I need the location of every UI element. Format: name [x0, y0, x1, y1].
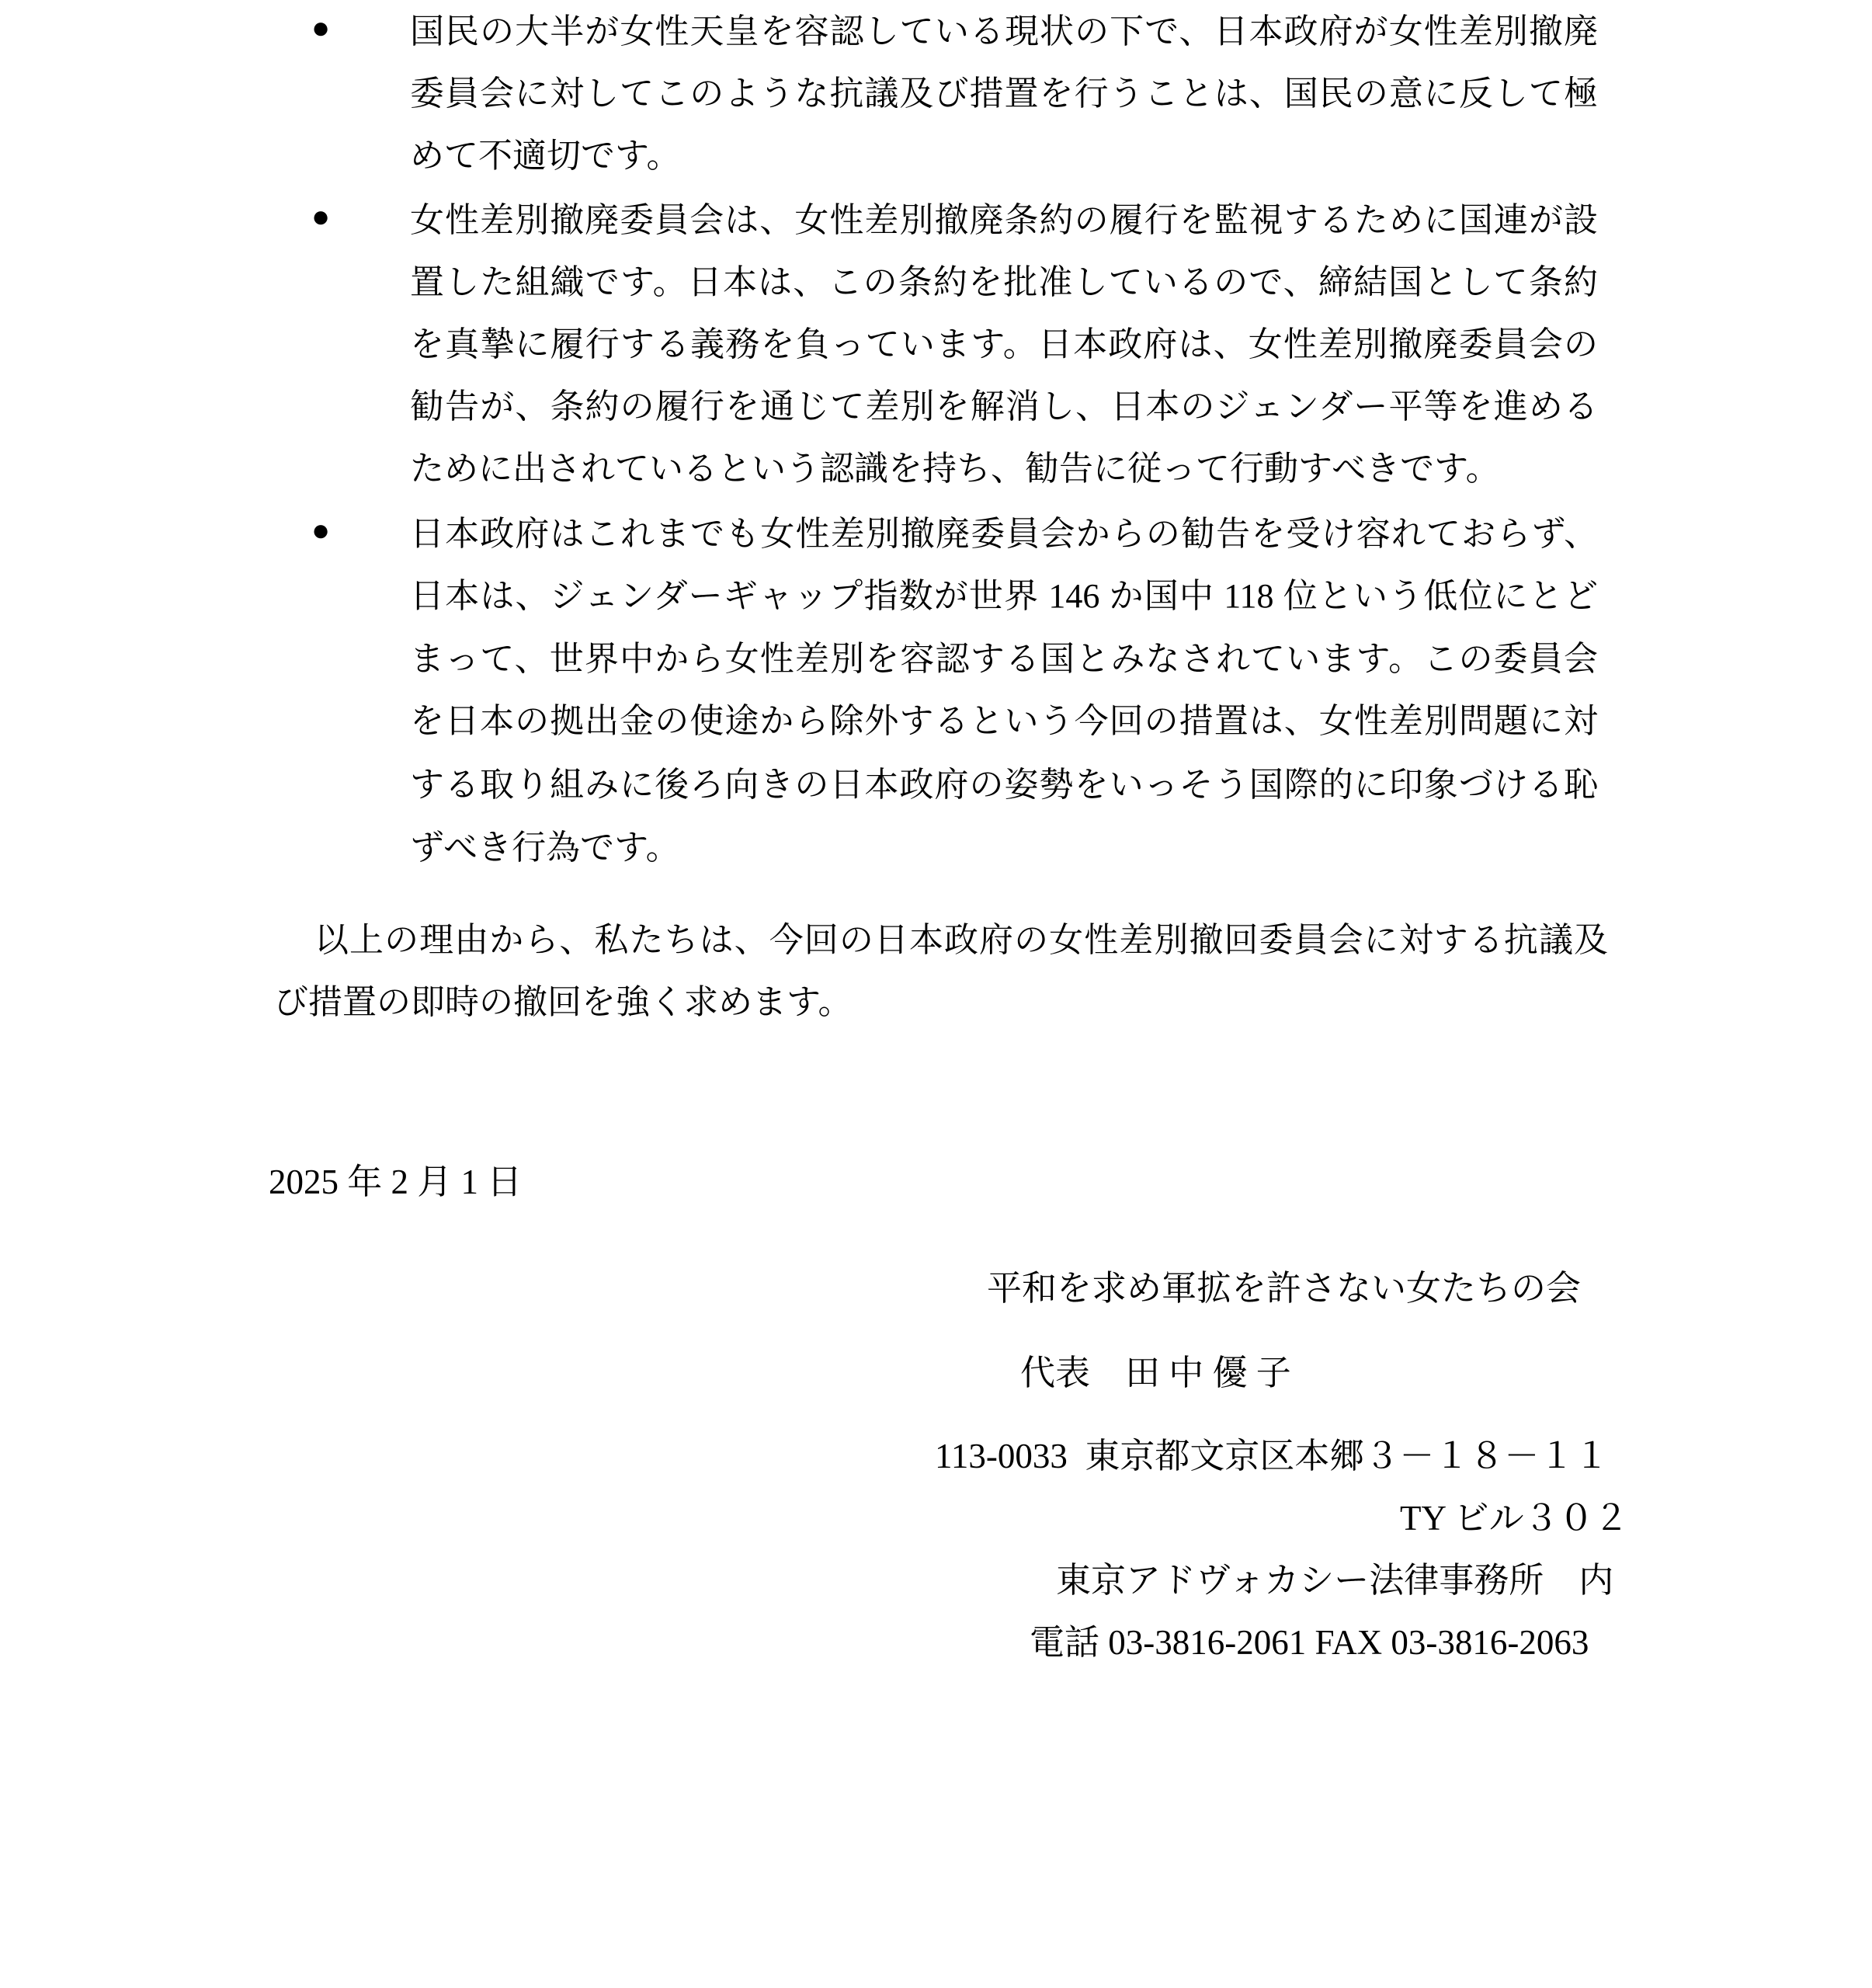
bullet-3-line-1: 日本政府はこれまでも女性差別撤廃委員会からの勧告を受け容れておらず、	[410, 514, 1598, 554]
address-line-1: 113-0033 東京都文京区本郷３－１８－１１	[935, 1436, 1609, 1477]
bullet-1-line-1: 国民の大半が女性天皇を容認している現状の下で、日本政府が女性差別撤廃	[410, 12, 1598, 52]
closing-paragraph-line-1: 以上の理由から、私たちは、今回の日本政府の女性差別撤回委員会に対する抗議及	[274, 920, 1608, 961]
bullet-3-line-4: を日本の拠出金の使途から除外するという今回の措置は、女性差別問題に対	[410, 701, 1598, 742]
bullet-1-line-3: めて不適切です。	[410, 136, 1598, 176]
bullet-3-line-6: ずべき行為です。	[410, 828, 1598, 868]
bullet-2-line-1: 女性差別撤廃委員会は、女性差別撤廃条約の履行を監視するために国連が設	[410, 200, 1598, 241]
bullet-2-line-5: ために出されているという認識を持ち、勧告に従って行動すべきです。	[410, 449, 1598, 489]
bullet-icon: ●	[311, 11, 330, 45]
representative-name: 代表 田 中 優 子	[1020, 1353, 1291, 1394]
bullet-icon: ●	[311, 513, 330, 547]
bullet-3-line-3: まって、世界中から女性差別を容認する国とみなされています。この委員会	[410, 639, 1598, 679]
phone-fax: 電話 03-3816-2061 FAX 03-3816-2063	[1030, 1622, 1589, 1663]
address-line-3: 東京アドヴォカシー法律事務所 内	[1056, 1560, 1613, 1601]
bullet-2-line-2: 置した組織です。日本は、この条約を批准しているので、締結国として条約	[410, 262, 1598, 303]
bullet-1-line-2: 委員会に対してこのような抗議及び措置を行うことは、国民の意に反して極	[410, 74, 1598, 114]
bullet-icon: ●	[311, 200, 330, 234]
bullet-2-line-3: を真摯に履行する義務を負っています。日本政府は、女性差別撤廃委員会の	[410, 325, 1598, 365]
bullet-3-line-2: 日本は、ジェンダーギャップ指数が世界 146 か国中 118 位という低位にとど	[410, 576, 1598, 617]
bullet-2-line-4: 勧告が、条約の履行を通じて差別を解消し、日本のジェンダー平等を進める	[410, 387, 1598, 427]
organization-name: 平和を求め軍拡を許さない女たちの会	[987, 1268, 1581, 1309]
address-line-2: TY ビル３０２	[1400, 1498, 1629, 1539]
date: 2025 年 2 月 1 日	[269, 1162, 522, 1203]
bullet-3-line-5: する取り組みに後ろ向きの日本政府の姿勢をいっそう国際的に印象づける恥	[410, 765, 1598, 805]
closing-paragraph-line-2: び措置の即時の撤回を強く求めます。	[274, 982, 1608, 1023]
document-page: ● 国民の大半が女性天皇を容認している現状の下で、日本政府が女性差別撤廃 委員会…	[0, 0, 1872, 1988]
